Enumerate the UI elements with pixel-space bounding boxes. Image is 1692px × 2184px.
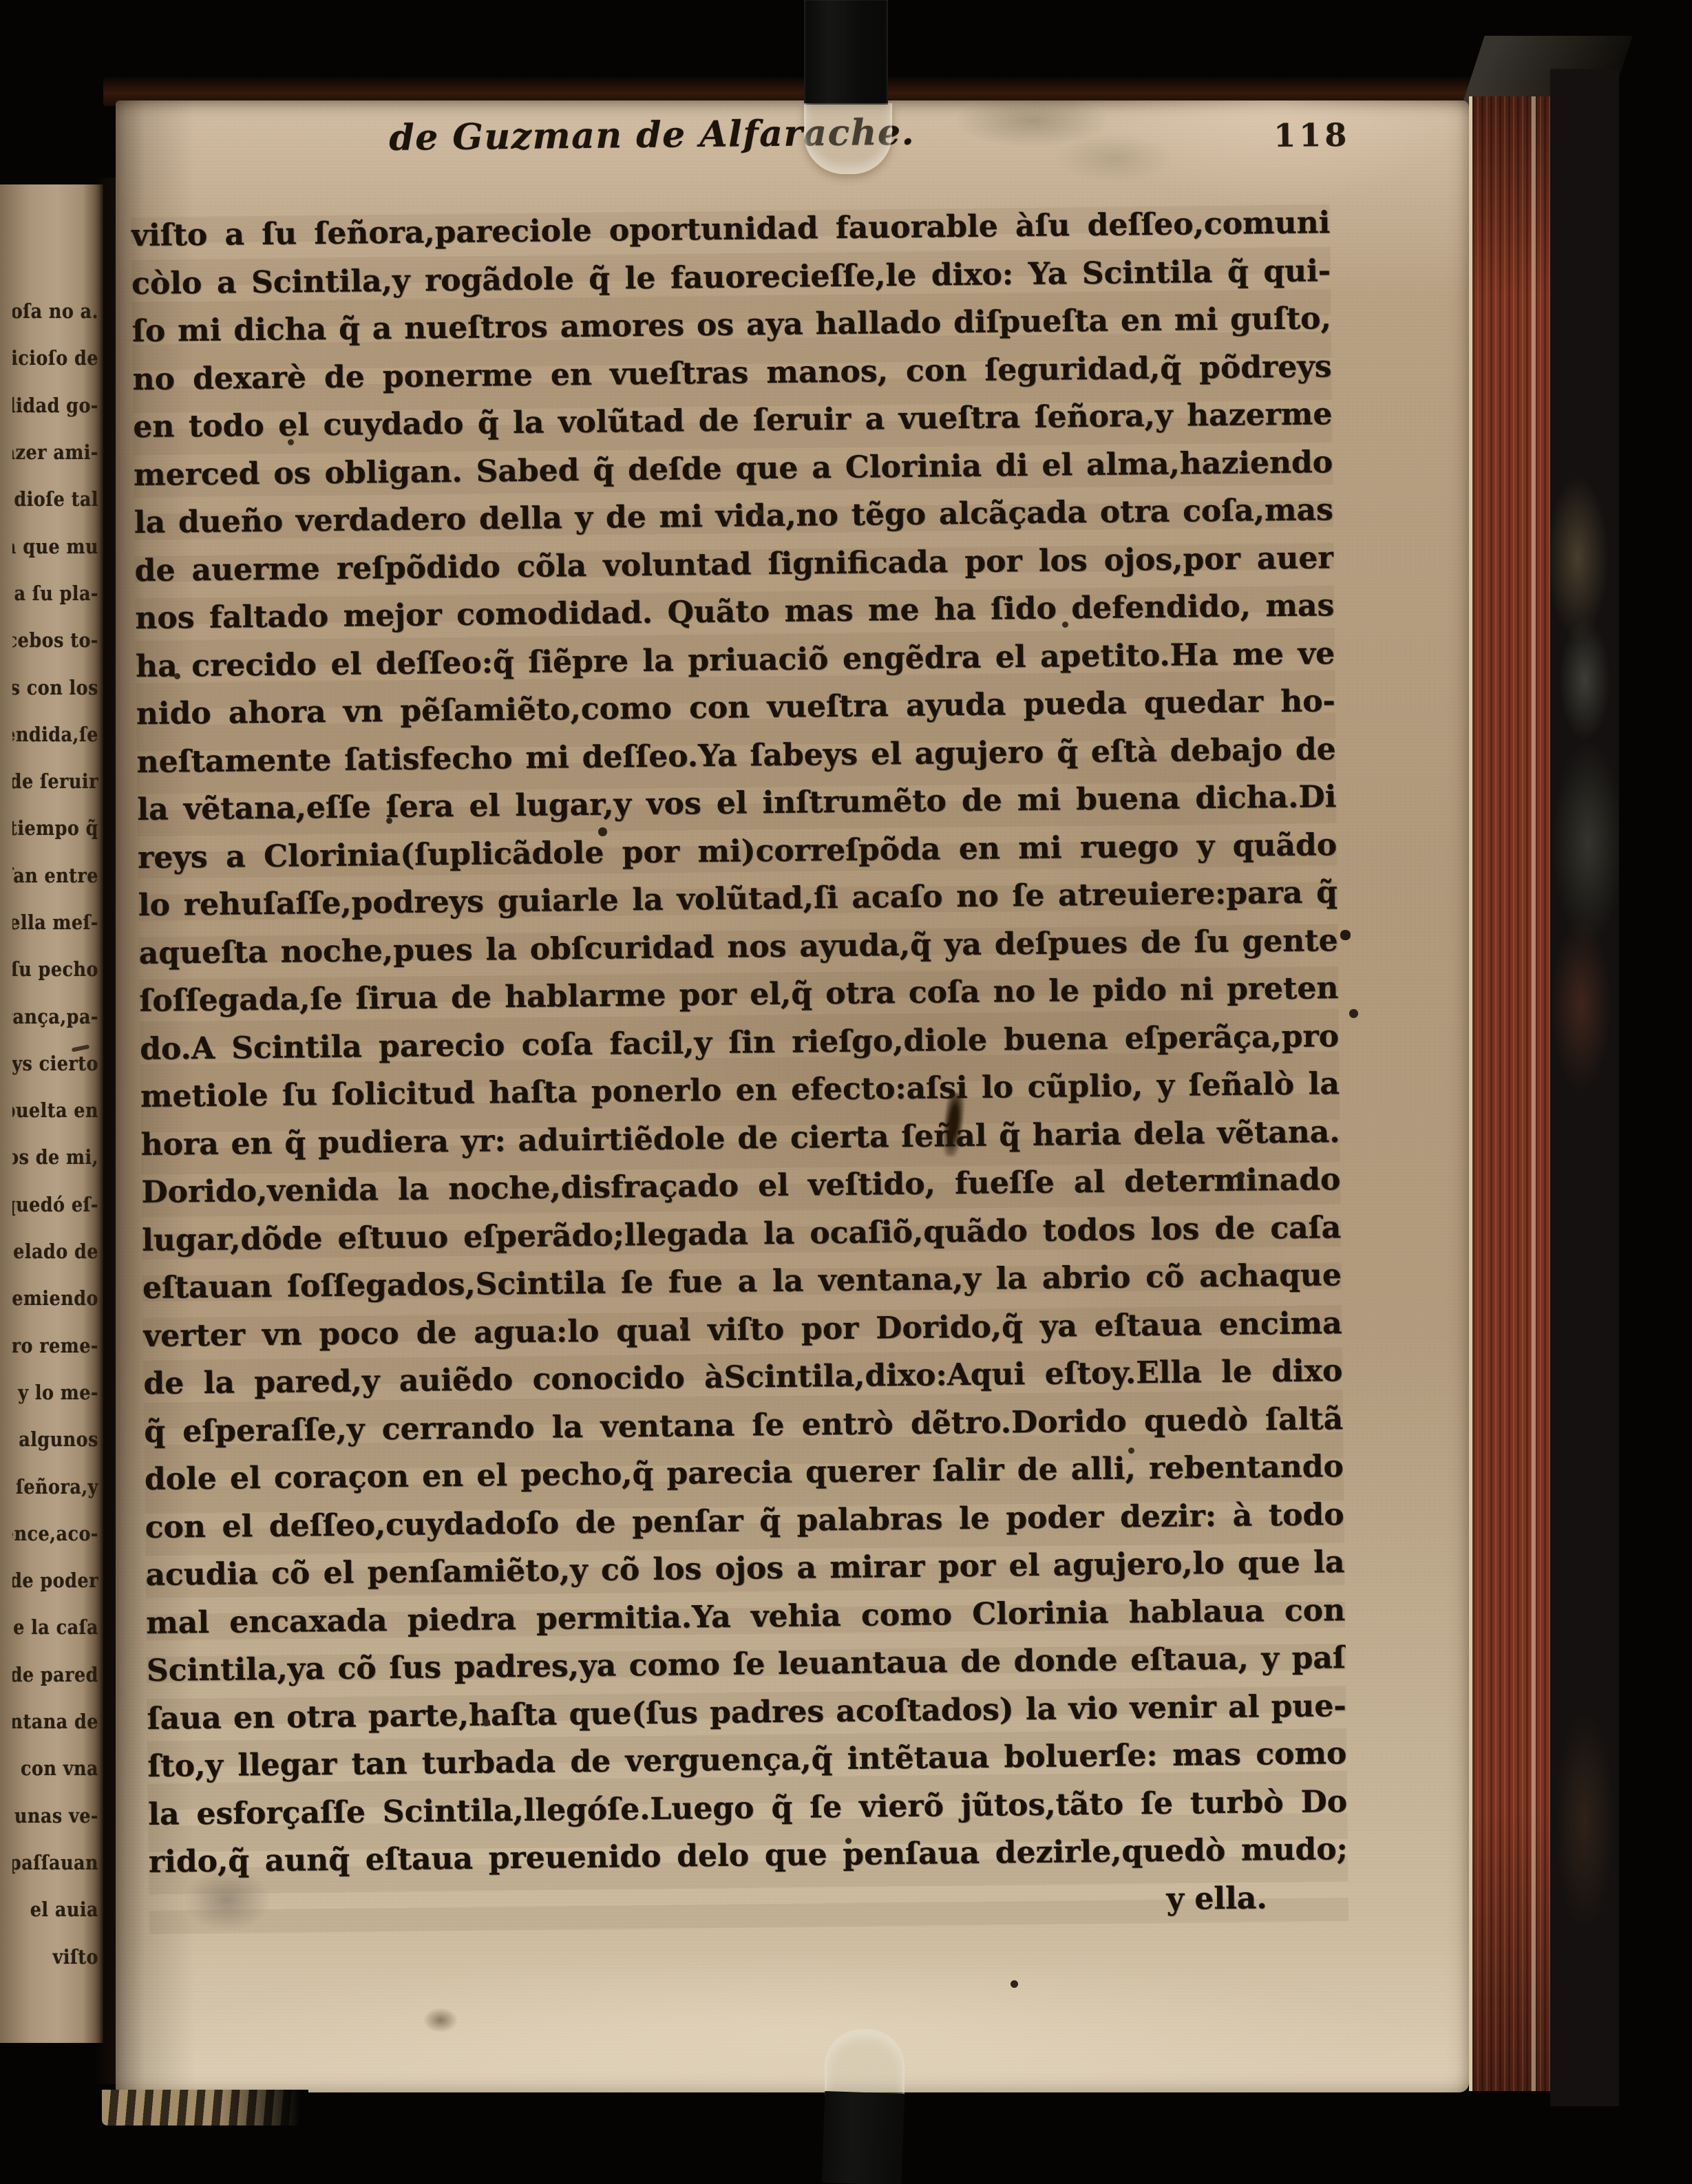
facing-page-text-fragment: ncendida,ſe <box>12 711 103 758</box>
text-block: viſto a ſu ſeñora,pareciole oportunidad … <box>131 199 1349 1934</box>
facing-page-text-fragment: , y lo me- <box>12 1369 103 1416</box>
endband <box>102 2090 308 2125</box>
body-lines: viſto a ſu ſeñora,pareciole oportunidad … <box>131 199 1348 1886</box>
facing-page-text-fragment: nodidad go- <box>12 382 103 429</box>
facing-page-text-fragment: os algunos <box>12 1416 103 1463</box>
top-strap-shadow <box>804 0 888 105</box>
facing-page-text-fragment: recelado de <box>12 1228 103 1275</box>
page-number: 118 <box>1273 116 1351 154</box>
facing-page-text-fragment: ſeñora,y <box>12 1463 103 1509</box>
facing-page-text-fragment: de poder <box>12 1557 103 1604</box>
facing-page-text-fragment: are ſu pecho <box>12 946 103 993</box>
facing-page-text-fragment: es tiempo q̃ <box>12 805 103 851</box>
paper-specks <box>0 0 3 3</box>
facing-page-text-fragment: a coſa no a. <box>12 288 103 335</box>
photo-backdrop: a coſa no a.cudicioſo denodidad go-e haz… <box>0 0 1692 2184</box>
facing-page-text-fragment: des con los <box>12 664 103 710</box>
facing-page-text-fragment: rebuelta en <box>12 1087 103 1134</box>
facing-page-text-fragment: paſſan entre <box>12 852 103 899</box>
page-header: de Guzman de Alfarache. 118 <box>131 105 1331 182</box>
fore-edge <box>1469 96 1554 2091</box>
facing-page-text-fragment: de la caſa <box>12 1604 103 1651</box>
facing-page-text-fragment: auſa que mu <box>12 522 103 569</box>
facing-page-text-fragment: areys cierto <box>12 1040 103 1087</box>
facing-page-text-fragment: con vna <box>12 1745 103 1792</box>
facing-page-text-fragment: ntana de <box>12 1698 103 1745</box>
facing-page-text-fragment: viſto <box>12 1933 103 1980</box>
facing-page-text-fragment: cudicioſo de <box>12 335 103 381</box>
facing-page-text-fragment: el auia <box>12 1886 103 1933</box>
facing-page-text-fragment: nde a ſu pla- <box>12 570 103 617</box>
facing-page-text-fragment: unas ve- <box>12 1792 103 1839</box>
facing-page-text-fragment: oſa de ſeruir <box>12 758 103 805</box>
facing-page-text-fragment: o;quedó eſ- <box>12 1181 103 1228</box>
top-strap <box>804 103 892 174</box>
bottom-strap <box>825 2029 905 2096</box>
facing-page-text-fragment: de pared <box>12 1651 103 1698</box>
facing-page-text-fragment: ence,aco- <box>12 1510 103 1557</box>
bottom-strap-shadow <box>822 2091 905 2184</box>
cover-edge <box>1550 69 1619 2106</box>
facing-page-text-fragment: otro reme- <box>12 1322 103 1369</box>
facing-page-text-fragment: io: dioſe tal <box>12 476 103 522</box>
facing-page-text-fragment: iaros de mi, <box>12 1134 103 1180</box>
facing-page-edge: a coſa no a.cudicioſo denodidad go-e haz… <box>0 184 103 2043</box>
facing-page-text-fragment: d q̃ ella meſ- <box>12 899 103 946</box>
facing-page-text-column: a coſa no a.cudicioſo denodidad go-e haz… <box>0 184 103 2043</box>
facing-page-text-fragment: perança,pa- <box>12 993 103 1039</box>
facing-page-text-fragment: ,temiendo <box>12 1275 103 1322</box>
facing-page-text-fragment: e hazer ami- <box>12 429 103 476</box>
facing-page-text-fragment: os cebos to- <box>12 617 103 664</box>
facing-page-text-fragment: paſſauan <box>12 1839 103 1886</box>
